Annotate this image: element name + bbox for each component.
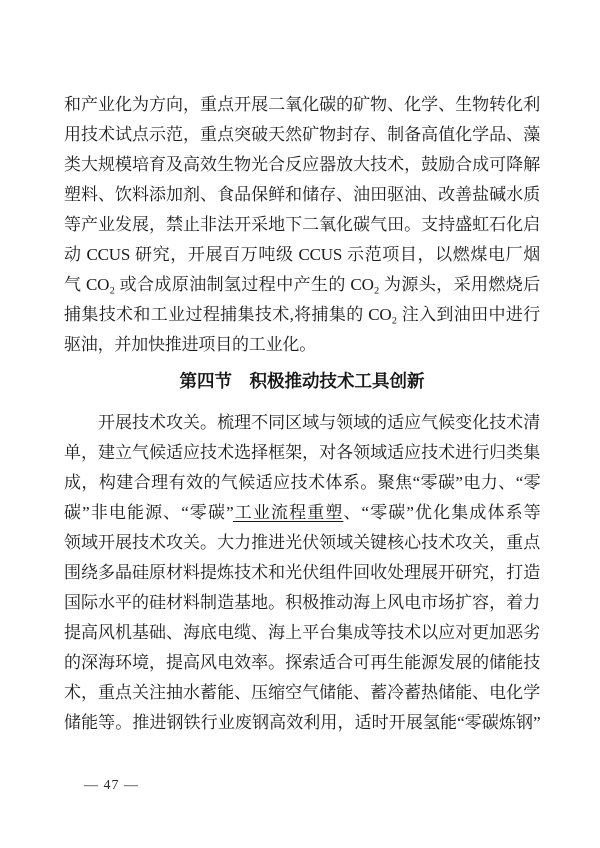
text-line: 和产业化为方向，重点开展二氧化碳的矿物、化学、生物转化利 <box>64 90 540 120</box>
text-line: 开展技术攻关。梳理不同区域与领域的适应气候变化技术清 <box>64 408 540 438</box>
text-line: 等产业发展，禁止非法开采地下二氧化碳气田。支持盛虹石化启 <box>64 210 540 240</box>
text-line: 动 CCUS 研究，开展百万吨级 CCUS 示范项目，以燃煤电厂烟 <box>64 240 540 270</box>
text-line: 术，重点关注抽水蓄能、压缩空气储能、蓄冷蓄热储能、电化学 <box>64 678 540 708</box>
text-line: 储能等。推进钢铁行业废钢高效利用，适时开展氢能“零碳炼钢” <box>64 708 540 738</box>
text-line: 领域开展技术攻关。大力推进光伏领域关键核心技术攻关，重点 <box>64 528 540 558</box>
text-run: 、“零碳”优化集成体系等 <box>343 503 540 522</box>
text-line-with-underline: 碳”非电能源、“零碳”工业流程重塑、“零碳”优化集成体系等 <box>64 498 540 528</box>
paragraph-ccus: 和产业化为方向，重点开展二氧化碳的矿物、化学、生物转化利 用技术试点示范，重点突… <box>64 90 540 360</box>
text-line: 类大规模培育及高效生物光合反应器放大技术，鼓励合成可降解 <box>64 150 540 180</box>
underlined-text-run: 工业流程重塑 <box>233 503 343 522</box>
text-line: 成，构建合理有效的气候适应技术体系。聚焦“零碳”电力、“零 <box>64 468 540 498</box>
text-line: 围绕多晶硅原材料提炼技术和光伏组件回收处理展开研究，打造 <box>64 558 540 588</box>
text-block: 和产业化为方向，重点开展二氧化碳的矿物、化学、生物转化利 用技术试点示范，重点突… <box>64 90 540 738</box>
text-line: 用技术试点示范，重点突破天然矿物封存、制备高值化学品、藻 <box>64 120 540 150</box>
page-number: — 47 — <box>84 778 139 794</box>
text-line: 单，建立气候适应技术选择框架，对各领域适应技术进行归类集 <box>64 438 540 468</box>
text-line: 的深海环境，提高风电效率。探索适合可再生能源发展的储能技 <box>64 648 540 678</box>
text-line: 驱油，并加快推进项目的工业化。 <box>64 330 540 360</box>
text-line: 捕集技术和工业过程捕集技术,将捕集的 CO₂ 注入到油田中进行 <box>64 300 540 330</box>
text-line: 气 CO₂ 或合成原油制氢过程中产生的 CO₂ 为源头，采用燃烧后 <box>64 270 540 300</box>
text-run: 碳”非电能源、“零碳” <box>64 503 233 522</box>
section-heading: 第四节 积极推动技术工具创新 <box>64 366 540 396</box>
paragraph-technology-innovation: 开展技术攻关。梳理不同区域与领域的适应气候变化技术清 单，建立气候适应技术选择框… <box>64 408 540 738</box>
text-line: 提高风机基础、海底电缆、海上平台集成等技术以应对更加恶劣 <box>64 618 540 648</box>
text-line: 国际水平的硅材料制造基地。积极推动海上风电市场扩容，着力 <box>64 588 540 618</box>
text-line: 塑料、饮料添加剂、食品保鲜和储存、油田驱油、改善盐碱水质 <box>64 180 540 210</box>
